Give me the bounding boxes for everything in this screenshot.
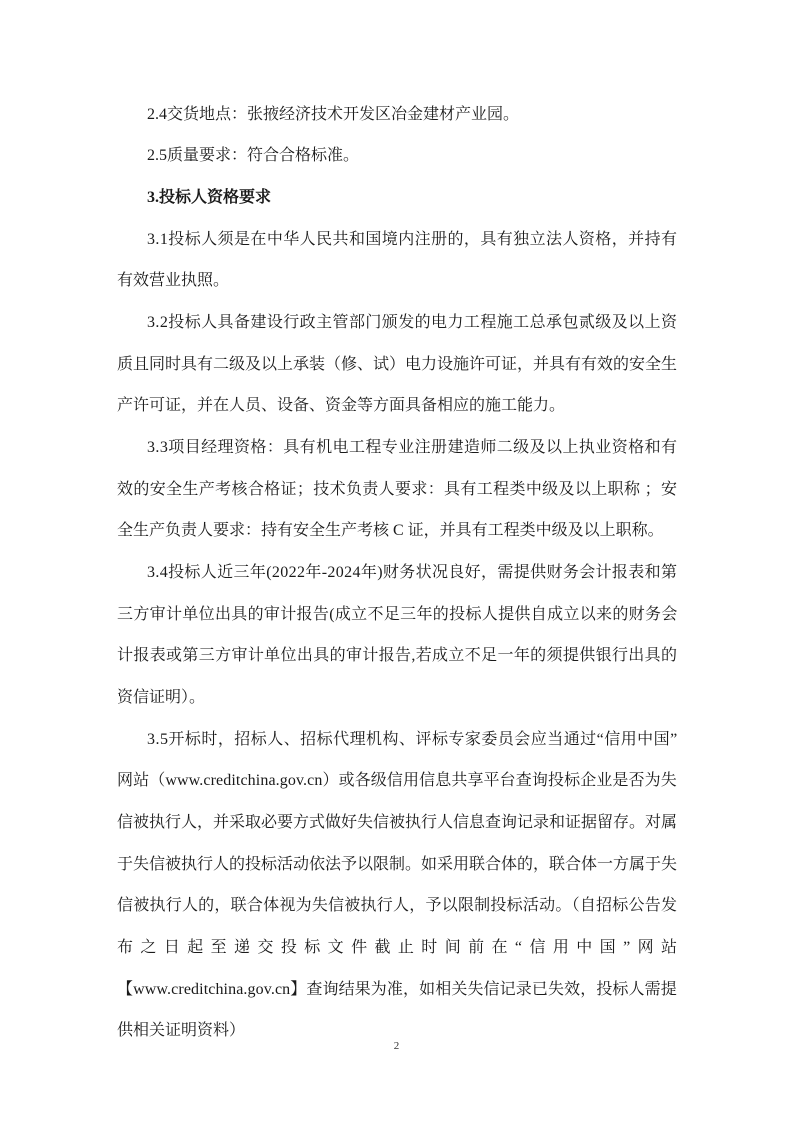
text-line: 2.4交货地点：张掖经济技术开发区冶金建材产业园。 <box>147 105 519 125</box>
text-line: 信被执行人，并采取必要方式做好失信被执行人信息查询记录和证据留存。对属 <box>117 813 677 833</box>
text-line: 3.2投标人具备建设行政主管部门颁发的电力工程施工总承包贰级及以上资 <box>147 313 677 333</box>
text-line: 3.3项目经理资格：具有机电工程专业注册建造师二级及以上执业资格和有 <box>147 438 677 458</box>
text-line: 3.4投标人近三年(2022年-2024年)财务状况良好，需提供财务会计报表和第 <box>147 563 677 583</box>
document-page: 2.4交货地点：张掖经济技术开发区冶金建材产业园。2.5质量要求：符合合格标准。… <box>0 0 793 1122</box>
text-line: 信被执行人的，联合体视为失信被执行人，予以限制投标活动。（自招标公告发 <box>117 896 677 916</box>
text-line: 于失信被执行人的投标活动依法予以限制。如采用联合体的，联合体一方属于失 <box>117 855 677 875</box>
text-line: 3.5开标时，招标人、招标代理机构、评标专家委员会应当通过“信用中国” <box>147 730 678 750</box>
text-line: 计报表或第三方审计单位出具的审计报告,若成立不足一年的须提供银行出具的 <box>117 646 677 666</box>
text-line: 效的安全生产考核合格证；技术负责人要求：具有工程类中级及以上职称 ；安 <box>117 480 677 500</box>
text-line: 全生产负责人要求：持有安全生产考核 C 证，并具有工程类中级及以上职称。 <box>117 521 664 541</box>
text-line: 3.1投标人须是在中华人民共和国境内注册的，具有独立法人资格，并持有 <box>147 230 677 250</box>
text-line: 网站（www.creditchina.gov.cn）或各级信用信息共享平台查询投… <box>117 771 677 791</box>
text-line: 三方审计单位出具的审计报告(成立不足三年的投标人提供自成立以来的财务会 <box>117 605 678 625</box>
text-line: 质且同时具有二级及以上承装（修、试）电力设施许可证，并具有有效的安全生 <box>117 355 677 375</box>
text-line: 有效营业执照。 <box>117 271 229 291</box>
text-line: 产许可证，并在人员、设备、资金等方面具备相应的施工能力。 <box>117 396 565 416</box>
text-line: 供相关证明资料） <box>117 1021 245 1041</box>
text-line: 布之日起至递交投标文件截止时间前在“信用中国”网站 <box>117 938 677 958</box>
text-line: 2.5质量要求：符合合格标准。 <box>147 146 359 166</box>
section-heading: 3.投标人资格要求 <box>147 188 271 208</box>
text-line: 【www.creditchina.gov.cn】查询结果为准，如相关失信记录已失… <box>117 980 677 1000</box>
page-number: 2 <box>0 1040 793 1052</box>
text-line: 资信证明）。 <box>117 688 205 708</box>
